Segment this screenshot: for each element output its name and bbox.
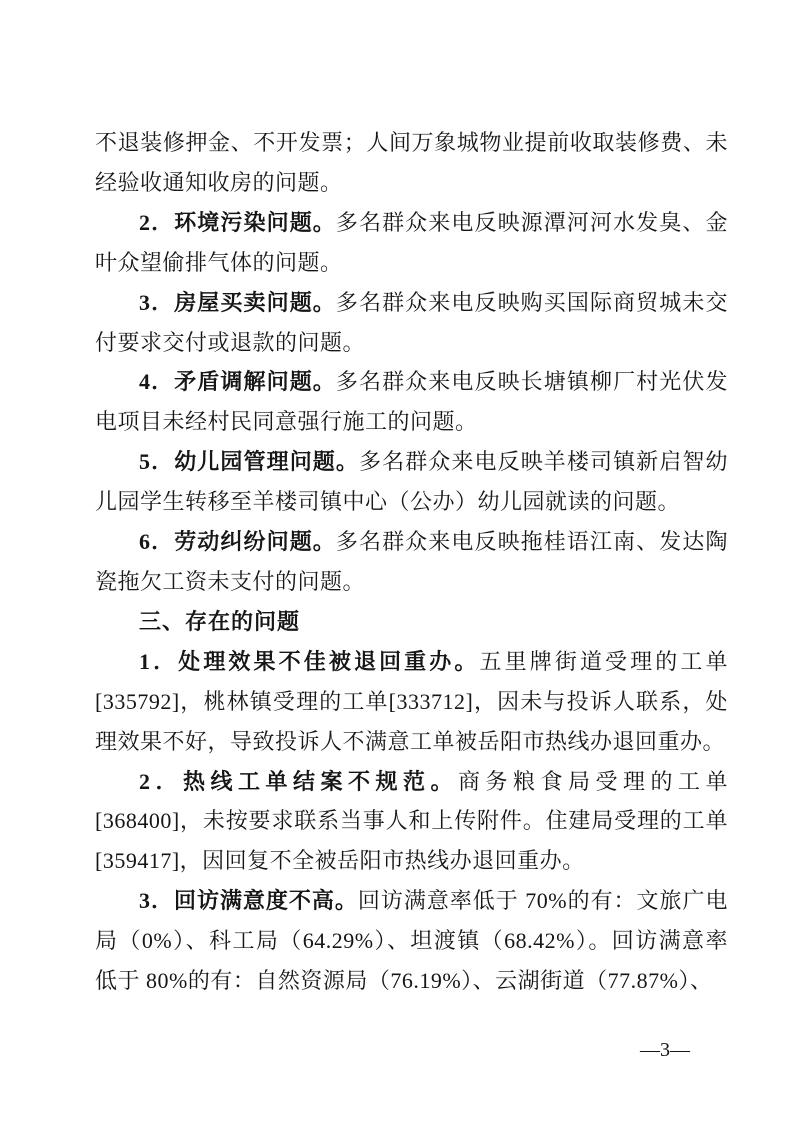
paragraph: 6．劳动纠纷问题。多名群众来电反映拖桂语江南、发达陶瓷拖欠工资未支付的问题。 — [95, 522, 728, 602]
emphasis-text: 3．回访满意度不高。 — [139, 888, 358, 913]
paragraph: 2．环境污染问题。多名群众来电反映源潭河河水发臭、金叶众望偷排气体的问题。 — [95, 203, 728, 283]
paragraph: 2．热线工单结案不规范。商务粮食局受理的工单[368400]，未按要求联系当事人… — [95, 762, 728, 882]
paragraph: 3．回访满意度不高。回访满意率低于 70%的有：文旅广电局（0%）、科工局（64… — [95, 881, 728, 1001]
paragraph: 3．房屋买卖问题。多名群众来电反映购买国际商贸城未交付要求交付或退款的问题。 — [95, 283, 728, 363]
emphasis-text: 5．幼儿园管理问题。 — [139, 449, 359, 474]
document-body: 不退装修押金、不开发票；人间万象城物业提前收取装修费、未经验收通知收房的问题。2… — [95, 123, 728, 1001]
emphasis-text: 3．房屋买卖问题。 — [139, 290, 336, 315]
paragraph: 5．幼儿园管理问题。多名群众来电反映羊楼司镇新启智幼儿园学生转移至羊楼司镇中心（… — [95, 442, 728, 522]
paragraph: 不退装修押金、不开发票；人间万象城物业提前收取装修费、未经验收通知收房的问题。 — [95, 123, 728, 203]
emphasis-text: 2．环境污染问题。 — [139, 210, 336, 235]
emphasis-text: 三、存在的问题 — [139, 609, 300, 634]
emphasis-text: 2．热线工单结案不规范。 — [139, 769, 458, 794]
page-number: —3— — [640, 1038, 690, 1062]
paragraph: 1．处理效果不佳被退回重办。五里牌街道受理的工单[335792]，桃林镇受理的工… — [95, 642, 728, 762]
body-text: 不退装修押金、不开发票；人间万象城物业提前收取装修费、未经验收通知收房的问题。 — [95, 130, 728, 195]
paragraph: 4．矛盾调解问题。多名群众来电反映长塘镇柳厂村光伏发电项目未经村民同意强行施工的… — [95, 362, 728, 442]
document-page: 不退装修押金、不开发票；人间万象城物业提前收取装修费、未经验收通知收房的问题。2… — [0, 0, 793, 1122]
emphasis-text: 1．处理效果不佳被退回重办。 — [139, 649, 480, 674]
emphasis-text: 4．矛盾调解问题。 — [139, 369, 336, 394]
section-heading: 三、存在的问题 — [95, 602, 728, 642]
emphasis-text: 6．劳动纠纷问题。 — [139, 529, 336, 554]
